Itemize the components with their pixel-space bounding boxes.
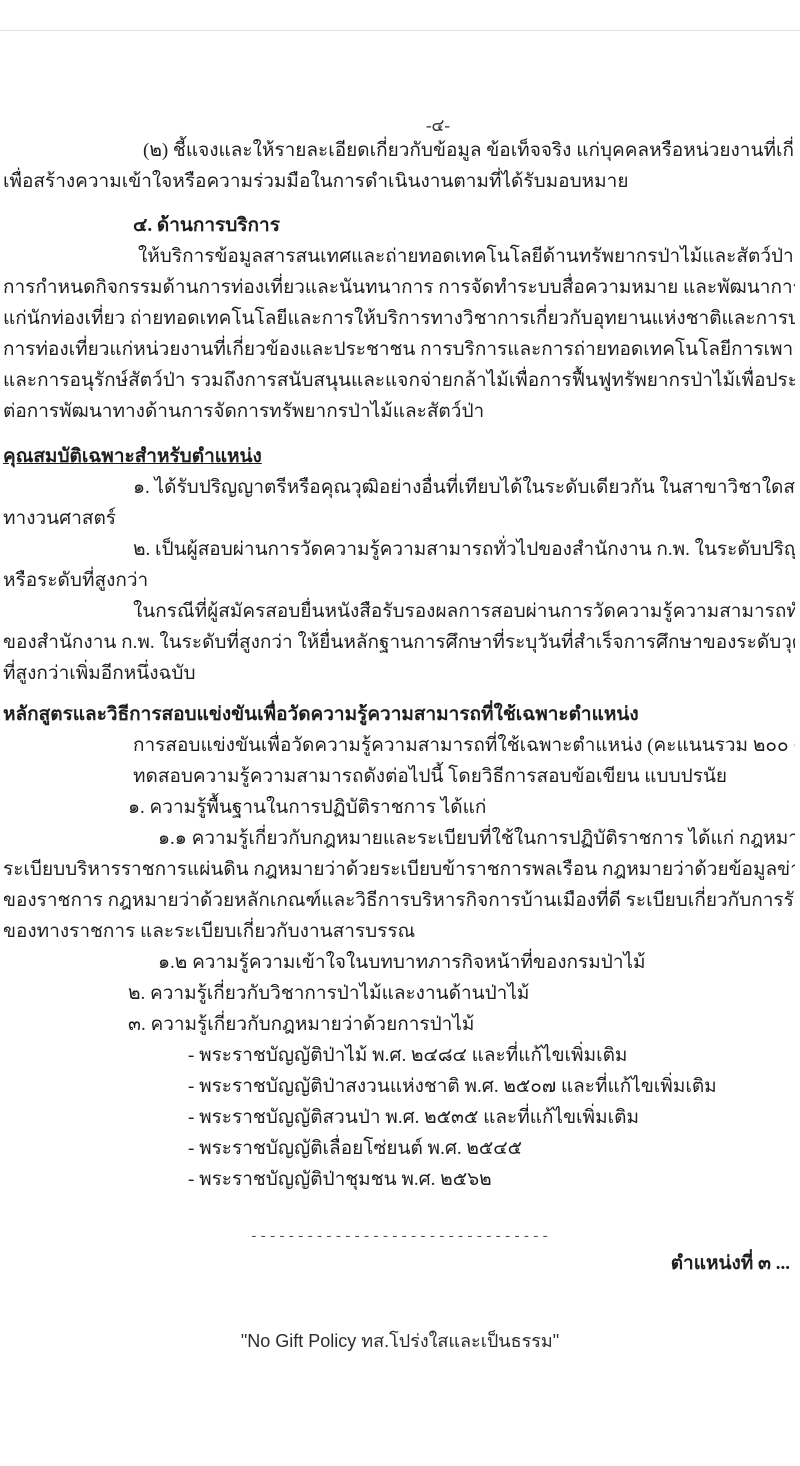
document-body: (๒) ชี้แจงและให้รายละเอียดเกี่ยวกับข้อมู… xyxy=(3,135,795,1195)
exam-intro-line1: การสอบแข่งขันเพื่อวัดความรู้ความสามารถที… xyxy=(3,730,795,761)
qualification-item2-line1: ๒. เป็นผู้สอบผ่านการวัดความรู้ความสามารถ… xyxy=(3,534,795,565)
service-line-4: การท่องเที่ยวแก่หน่วยงานที่เกี่ยวข้องและ… xyxy=(3,334,795,365)
service-line-5: และการอนุรักษ์สัตว์ป่า รวมถึงการสนับสนุน… xyxy=(3,365,795,396)
exam-topic1-1-line4: ของทางราชการ และระเบียบเกี่ยวกับงานสารบร… xyxy=(3,916,795,947)
next-position-label: ตำแหน่งที่ ๓ ... xyxy=(671,1248,790,1279)
qualifications-heading: คุณสมบัติเฉพาะสำหรับตำแหน่ง xyxy=(3,441,795,472)
qualification-note-line1: ในกรณีที่ผู้สมัครสอบยื่นหนังสือรับรองผลก… xyxy=(3,596,795,627)
exam-act-national-reserved-forest-1964: - พระราชบัญญัติป่าสงวนแห่งชาติ พ.ศ. ๒๕๐๗… xyxy=(3,1071,795,1102)
service-line-2: การกำหนดกิจกรรมด้านการท่องเที่ยวและนันทน… xyxy=(3,272,795,303)
exam-topic1-1-line2: ระเบียบบริหารราชการแผ่นดิน กฎหมายว่าด้วย… xyxy=(3,854,795,885)
qualification-item1-line1: ๑. ได้รับปริญญาตรีหรือคุณวุฒิอย่างอื่นที… xyxy=(3,472,795,503)
service-line-6: ต่อการพัฒนาทางด้านการจัดการทรัพยากรป่าไม… xyxy=(3,396,795,427)
exam-topic3: ๓. ความรู้เกี่ยวกับกฎหมายว่าด้วยการป่าไม… xyxy=(3,1009,795,1040)
exam-act-chainsaw-2002: - พระราชบัญญัติเลื่อยโซ่ยนต์ พ.ศ. ๒๕๔๕ xyxy=(3,1133,795,1164)
qualification-item2-line2: หรือระดับที่สูงกว่า xyxy=(3,565,795,596)
qualification-note-line2: ของสำนักงาน ก.พ. ในระดับที่สูงกว่า ให้ยื… xyxy=(3,627,795,658)
exam-act-forest-plantation-1992: - พระราชบัญญัติสวนป่า พ.ศ. ๒๕๓๕ และที่แก… xyxy=(3,1102,795,1133)
duties-item2-line1: (๒) ชี้แจงและให้รายละเอียดเกี่ยวกับข้อมู… xyxy=(3,135,795,166)
document-page: -๔- (๒) ชี้แจงและให้รายละเอียดเกี่ยวกับข… xyxy=(0,0,800,1466)
exam-topic1-1-line3: ของราชการ กฎหมายว่าด้วยหลักเกณฑ์และวิธีก… xyxy=(3,885,795,916)
exam-heading: หลักสูตรและวิธีการสอบแข่งขันเพื่อวัดความ… xyxy=(3,699,795,730)
duties-item2-line2: เพื่อสร้างความเข้าใจหรือความร่วมมือในการ… xyxy=(3,166,795,197)
exam-intro-line2: ทดสอบความรู้ความสามารถดังต่อไปนี้ โดยวิธ… xyxy=(3,761,795,792)
service-line-1: ให้บริการข้อมูลสารสนเทศและถ่ายทอดเทคโนโล… xyxy=(3,241,795,272)
service-section-heading: ๔. ด้านการบริการ xyxy=(3,210,795,241)
exam-topic2: ๒. ความรู้เกี่ยวกับวิชาการป่าไม้และงานด้… xyxy=(3,978,795,1009)
exam-topic1: ๑. ความรู้พื้นฐานในการปฏิบัติราชการ ได้แ… xyxy=(3,792,795,823)
scan-artifact-line xyxy=(0,30,800,31)
service-line-3: แก่นักท่องเที่ยว ถ่ายทอดเทคโนโลยีและการใ… xyxy=(3,303,795,334)
qualification-item1-line2: ทางวนศาสตร์ xyxy=(3,503,795,534)
no-gift-policy-footer: "No Gift Policy ทส.โปร่งใสและเป็นธรรม" xyxy=(0,1326,800,1357)
exam-topic1-2: ๑.๒ ความรู้ความเข้าใจในบทบาทภารกิจหน้าที… xyxy=(3,947,795,978)
exam-act-community-forest-2019: - พระราชบัญญัติป่าชุมชน พ.ศ. ๒๕๖๒ xyxy=(3,1164,795,1195)
qualification-note-line3: ที่สูงกว่าเพิ่มอีกหนึ่งฉบับ xyxy=(3,658,795,689)
exam-act-forest-1941: - พระราชบัญญัติป่าไม้ พ.ศ. ๒๔๘๔ และที่แก… xyxy=(3,1040,795,1071)
exam-topic1-1-line1: ๑.๑ ความรู้เกี่ยวกับกฎหมายและระเบียบที่ใ… xyxy=(3,823,795,854)
